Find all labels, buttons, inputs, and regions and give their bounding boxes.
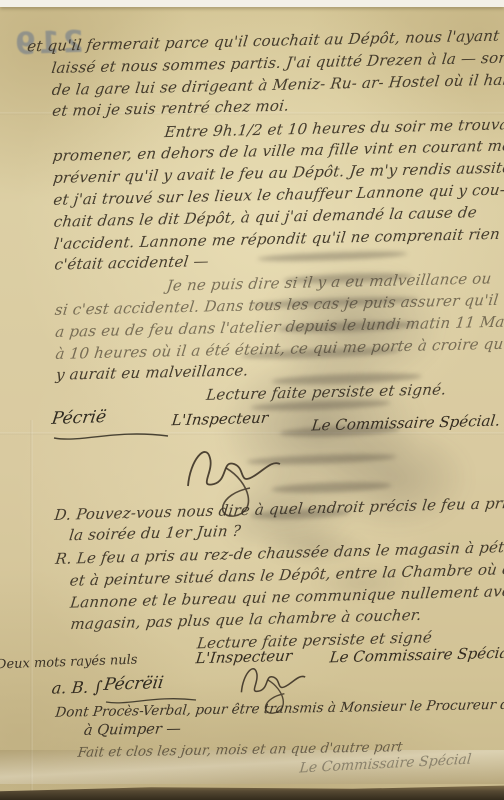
inspector-label: L'Inspecteur xyxy=(171,409,269,430)
witness-signature-2: Pécrëii xyxy=(104,674,200,706)
scan-top-edge xyxy=(0,0,504,7)
witness-signature-2-name: Pécrëii xyxy=(102,673,164,695)
initials: a. B. ∫ xyxy=(51,677,103,697)
interrogation-text: D. Pouvez-vous nous dire à quel endroit … xyxy=(47,494,500,656)
deposition-text: et qu'il fermerait parce qu'il couchait … xyxy=(27,27,492,407)
witness-signature: Pécrië xyxy=(52,408,172,442)
witness-signature-name: Pécrië xyxy=(50,407,107,429)
scanned-document: 219 et qu'il fermerait parce qu'il couch… xyxy=(0,0,504,800)
signature-underline-flourish xyxy=(52,428,172,442)
transmittal-line-2: à Quimper — xyxy=(83,721,182,739)
